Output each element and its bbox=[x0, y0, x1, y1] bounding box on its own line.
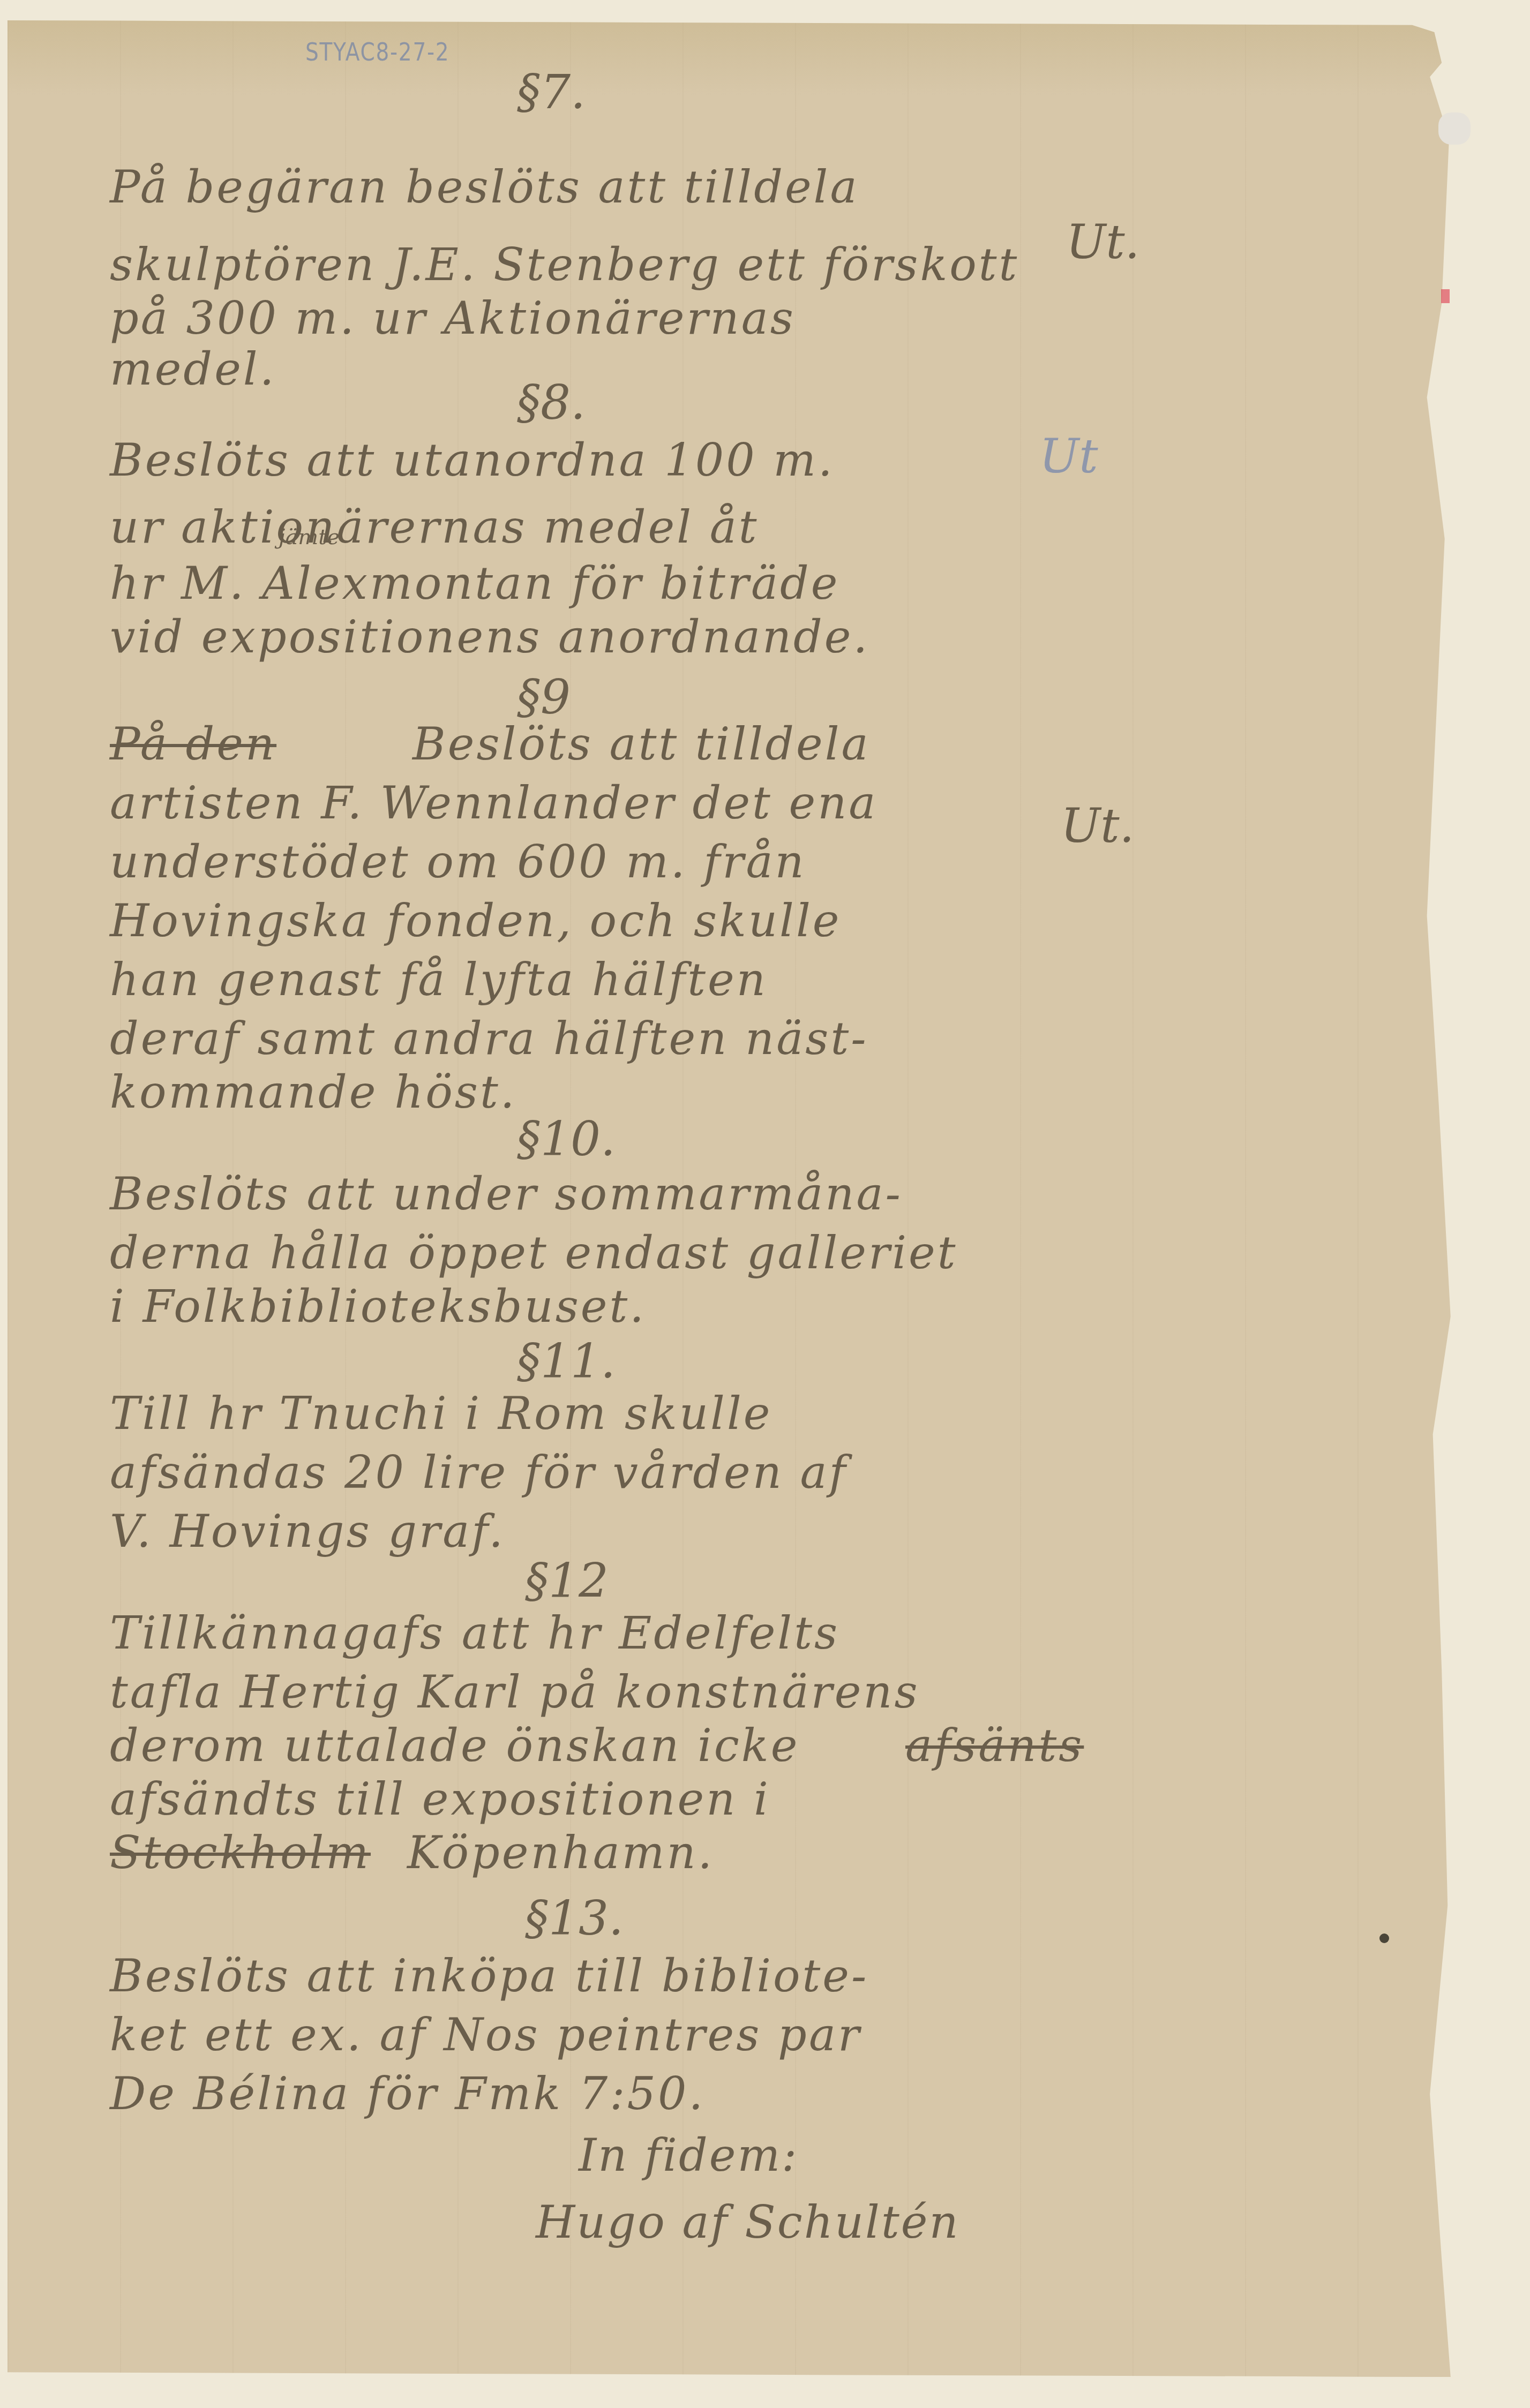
section-12-line-5: Köpenhamn. bbox=[407, 1826, 714, 1879]
section-10-line-1: Beslöts att under sommarmåna- bbox=[110, 1168, 903, 1220]
attestation: In fidem: bbox=[579, 2129, 798, 2181]
struck-word-1: afsänts bbox=[905, 1719, 1084, 1772]
section-13-line-1: Beslöts att inköpa till bibliote- bbox=[110, 1950, 868, 2002]
section-11-line-2: afsändas 20 lire för vården af bbox=[110, 1446, 848, 1499]
paper-tear bbox=[1438, 112, 1471, 145]
margin-note-8: Ut bbox=[1039, 428, 1098, 484]
section-12-line-1: Tillkännagafs att hr Edelfelts bbox=[110, 1607, 839, 1659]
struck-prefix: På den bbox=[110, 718, 276, 770]
interlinear-insertion: jämte bbox=[279, 525, 340, 550]
section-13-line-2: ket ett ex. af Nos peintres par bbox=[110, 2008, 861, 2061]
section-8-line-3: hr M. Alexmontan för biträde bbox=[110, 557, 840, 609]
section-7-line-3: på 300 m. ur Aktionärernas bbox=[110, 292, 796, 344]
ink-blot bbox=[1379, 1933, 1389, 1943]
section-9-line-7: kommande höst. bbox=[110, 1066, 516, 1118]
section-12-line-3: derom uttalade önskan icke bbox=[110, 1719, 799, 1772]
section-8-line-2: ur aktionärernas medel åt bbox=[110, 501, 759, 553]
section-10-line-3: i Folkbiblioteksbuset. bbox=[110, 1280, 646, 1333]
red-mark bbox=[1441, 289, 1450, 303]
section-8-line-1: Beslöts att utanordna 100 m. bbox=[110, 434, 835, 486]
section-11-line-3: V. Hovings graf. bbox=[110, 1505, 505, 1557]
section-mark-9: §9 bbox=[517, 669, 571, 725]
section-9-line-6: deraf samt andra hälften näst- bbox=[110, 1012, 868, 1065]
section-9-line-4: Hovingska fonden, och skulle bbox=[110, 894, 842, 947]
section-9-line-1: Beslöts att tilldela bbox=[412, 718, 871, 770]
section-7-line-4: medel. bbox=[110, 343, 276, 395]
section-7-line-2: skulptören J.E. Stenberg ett förskott bbox=[110, 238, 1019, 291]
section-mark-11: §11. bbox=[517, 1334, 616, 1389]
archive-label: STYAC8-27-2 bbox=[305, 37, 449, 66]
section-12-line-4: afsändts till expositionen i bbox=[110, 1773, 770, 1825]
section-10-line-2: derna hålla öppet endast galleriet bbox=[110, 1226, 958, 1279]
section-9-line-3: understödet om 600 m. från bbox=[110, 836, 806, 888]
section-9-line-5: han genast få lyfta hälften bbox=[110, 953, 768, 1006]
section-8-line-4: vid expositionens anordnande. bbox=[110, 611, 869, 663]
section-9-line-2: artisten F. Wennlander det ena bbox=[110, 777, 877, 829]
section-mark-13: §13. bbox=[525, 1891, 624, 1946]
section-mark-10: §10. bbox=[517, 1111, 616, 1167]
section-13-line-3: De Bélina för Fmk 7:50. bbox=[110, 2067, 705, 2120]
section-11-line-1: Till hr Tnuchi i Rom skulle bbox=[110, 1387, 772, 1440]
section-12-line-2: tafla Hertig Karl på konstnärens bbox=[110, 1666, 920, 1718]
struck-word-2: Stockholm bbox=[110, 1826, 371, 1879]
margin-note-7: Ut. bbox=[1066, 214, 1140, 269]
section-mark-12: §12 bbox=[525, 1553, 609, 1608]
margin-note-9: Ut. bbox=[1061, 798, 1135, 853]
section-7-line-1: På begäran beslöts att tilldela bbox=[110, 161, 859, 213]
signature: Hugo af Schultén bbox=[536, 2196, 960, 2248]
section-mark-7: §7. bbox=[517, 64, 586, 119]
section-mark-8: §8. bbox=[517, 375, 586, 430]
